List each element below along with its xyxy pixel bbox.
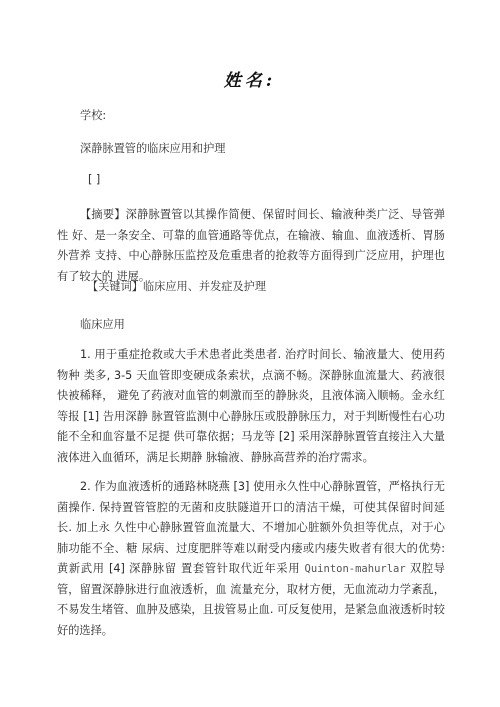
section-heading: 临床应用 xyxy=(80,316,125,332)
name-heading: 姓名: xyxy=(0,66,500,91)
paragraph-clinical-use-1: 1. 用于重症抢救或大手术患者此类患者. 治疗时间长、输液量大、使用药物种 类多… xyxy=(57,345,445,468)
paragraph-2-text-a: 2. 作为血液透析的通路林晓燕 [3] 使用永久性中心静脉置管，严格执行无菌操作… xyxy=(57,480,445,575)
catheter-name: Quinton-mahurlar xyxy=(305,563,406,575)
document-page: 姓名: 学校: 深静脉置管的临床应用和护理 [ ] 【摘要】深静脉置管以其操作简… xyxy=(0,0,500,707)
article-title: 深静脉置管的临床应用和护理 xyxy=(80,140,225,156)
school-label: 学校: xyxy=(80,107,106,123)
paragraph-clinical-use-2: 2. 作为血液透析的通路林晓燕 [3] 使用永久性中心静脉置管，严格执行无菌操作… xyxy=(57,477,445,641)
keywords-line: 【关键词】临床应用、并发症及护理 xyxy=(87,278,266,294)
abstract-paragraph: 【摘要】深静脉置管以其操作简便、保留时间长、输液种类广泛、导管弹性 好、是一条安… xyxy=(57,205,445,287)
bracket-placeholder: [ ] xyxy=(88,173,100,186)
